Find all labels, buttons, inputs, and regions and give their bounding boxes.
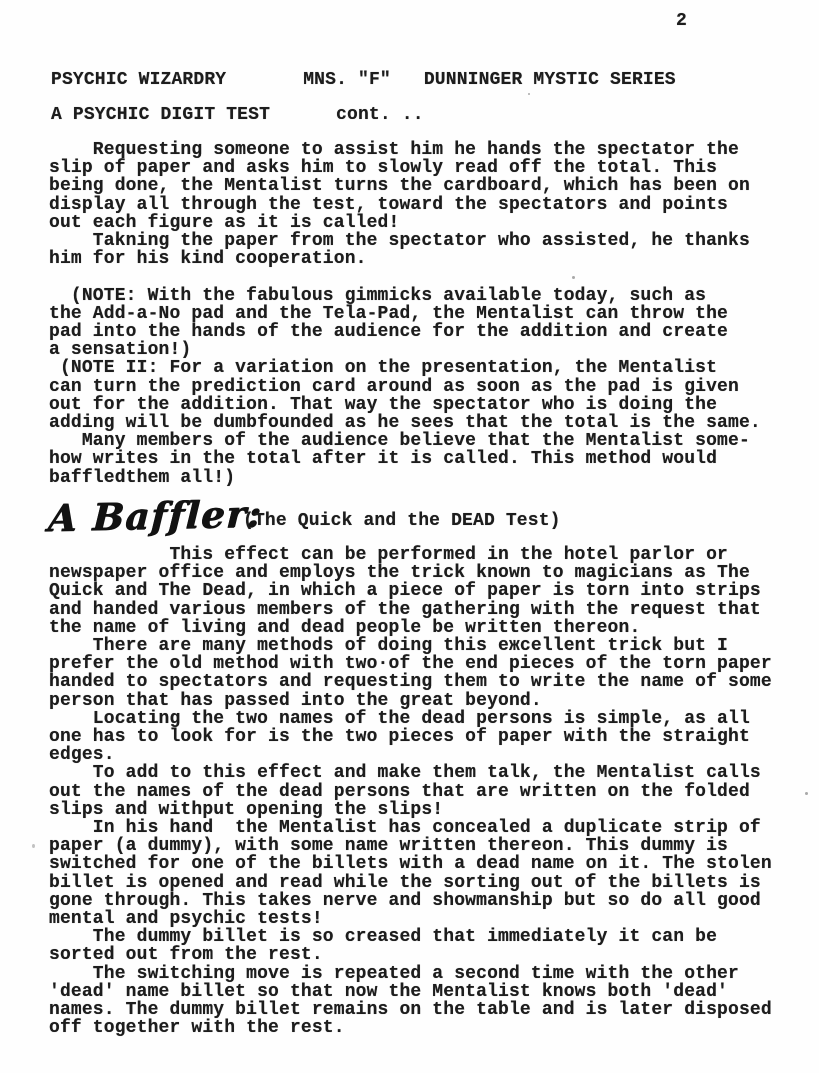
- baffler-subtitle: (The Quick and the DEAD Test): [243, 512, 561, 530]
- digit-test-body-text: Requesting someone to assist him he hand…: [49, 141, 761, 487]
- continued-marker: cont. ..: [336, 105, 424, 125]
- scan-speck: [528, 93, 530, 95]
- scan-speck: [805, 792, 808, 795]
- scan-speck: [572, 276, 575, 279]
- article-title: A PSYCHIC DIGIT TEST: [51, 105, 270, 125]
- page-header: PSYCHIC WIZARDRYMNS. "F"DUNNINGER MYSTIC…: [51, 71, 676, 89]
- baffler-body-text: This effect can be performed in the hote…: [49, 546, 772, 1037]
- header-title: PSYCHIC WIZARDRY: [51, 70, 226, 90]
- baffler-script-heading: A Baffler:: [47, 493, 263, 538]
- header-manuscript-code: MNS. "F": [303, 70, 391, 90]
- header-series-name: DUNNINGER MYSTIC SERIES: [424, 70, 676, 90]
- page-number: 2: [676, 12, 687, 30]
- scan-speck: [32, 844, 35, 848]
- article-header: A PSYCHIC DIGIT TESTcont. ..: [51, 106, 424, 124]
- manuscript-page: 2 PSYCHIC WIZARDRYMNS. "F"DUNNINGER MYST…: [0, 0, 819, 1073]
